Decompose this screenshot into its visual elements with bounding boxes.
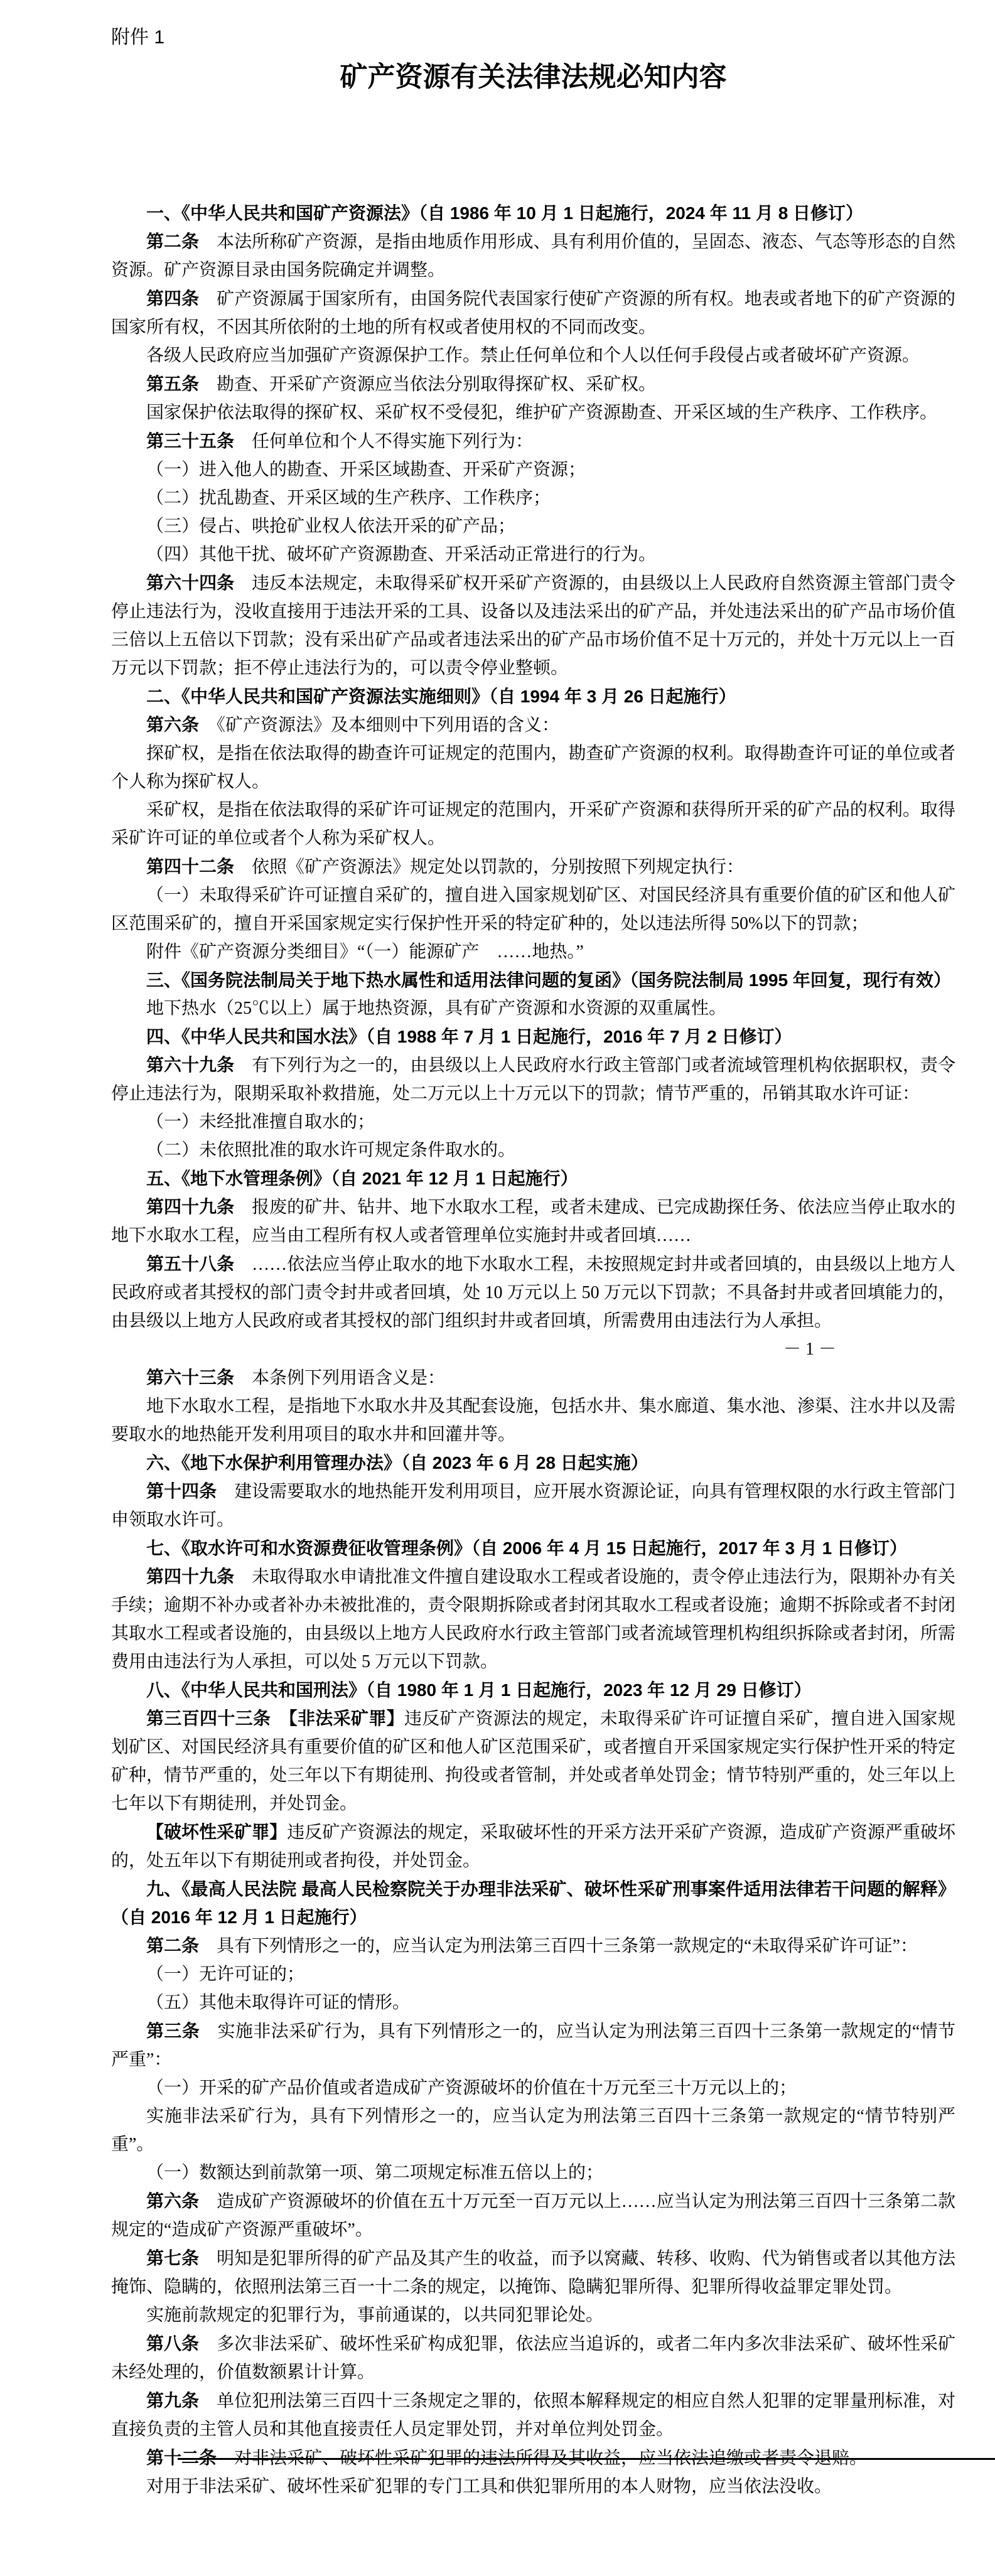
text-run: （一）开采的矿产品价值或者造成矿产资源破坏的价值在十万元至三十万元以上的； xyxy=(146,2078,797,2098)
article-number: 第九条 xyxy=(146,2391,199,2410)
text-run: 本条例下列用语含义是： xyxy=(234,1368,445,1388)
paragraph: （二）扰乱勘查、开采区域的生产秩序、工作秩序； xyxy=(111,484,955,512)
text-run: 地下热水（25℃以上）属于地热资源，具有矿产资源和水资源的双重属性。 xyxy=(146,999,726,1018)
paragraph: 实施非法采矿行为，具有下列情形之一的，应当认定为刑法第三百四十三条第一款规定的“… xyxy=(111,2102,955,2159)
article-number: 第二条 xyxy=(146,1936,199,1955)
paragraph: 各级人民政府应当加强矿产资源保护工作。禁止任何单位和个人以任何手段侵占或者破坏矿… xyxy=(111,341,955,370)
paragraph: 第三百四十三条 【非法采矿罪】违反矿产资源法的规定，未取得采矿许可证擅自采矿，擅… xyxy=(111,1704,955,1818)
paragraph: （一）数额达到前款第一项、第二项规定标准五倍以上的； xyxy=(111,2159,955,2187)
article-number: 第十四条 xyxy=(146,1481,217,1501)
text-run: 任何单位和个人不得实施下列行为： xyxy=(234,432,533,451)
paragraph: 第四十二条 依照《矿产资源法》规定处以罚款的，分别按照下列规定执行： xyxy=(111,852,955,881)
paragraph: 第四十九条 未取得取水申请批准文件擅自建设取水工程或者设施的，责令停止违法行为，… xyxy=(111,1562,955,1676)
attachment-label: 附件 1 xyxy=(111,23,955,53)
text-run: （一）未经批准擅自取水的； xyxy=(146,1112,375,1132)
article-number: 第六十三条 xyxy=(146,1368,234,1387)
paragraph: 国家保护依法取得的探矿权、采矿权不受侵犯，维护矿产资源勘查、开采区域的生产秩序、… xyxy=(111,399,955,427)
section-heading: 九、《最高人民法院 最高人民检察院关于办理非法采矿、破坏性采矿刑事案件适用法律若… xyxy=(111,1875,955,1931)
paragraph: （二）未依照批准的取水许可规定条件取水的。 xyxy=(111,1136,955,1164)
article-number: 第六条 xyxy=(146,2191,199,2211)
paragraph: 实施前款规定的犯罪行为，事前通谋的，以共同犯罪论处。 xyxy=(111,2301,955,2329)
section-heading: 一、《中华人民共和国矿产资源法》（自 1986 年 10 月 1 日起施行，20… xyxy=(111,199,955,227)
paragraph: 探矿权，是指在依法取得的勘查许可证规定的范围内，勘查矿产资源的权利。取得勘查许可… xyxy=(111,739,955,796)
text-run: 《矿产资源法》及本细则中下列用语的含义： xyxy=(199,716,559,735)
text-run: 单位犯刑法第三百四十三条规定之罪的，依照本解释规定的相应自然人犯罪的定罪量刑标准… xyxy=(111,2391,955,2439)
text-run: 实施非法采矿行为，具有下列情形之一的，应当认定为刑法第三百四十三条第一款规定的“… xyxy=(111,2022,955,2069)
text-run: 四、《中华人民共和国水法》（自 1988 年 7 月 1 日起施行，2016 年… xyxy=(146,1027,792,1046)
paragraph: 第七条 明知是犯罪所得的矿产品及其产生的收益，而予以窝藏、转移、收购、代为销售或… xyxy=(111,2244,955,2301)
text-run: 九、《最高人民法院 最高人民检察院关于办理非法采矿、破坏性采矿刑事案件适用法律若… xyxy=(111,1879,955,1927)
text-run: 五、《地下水管理条例》（自 2021 年 12 月 1 日起施行） xyxy=(146,1169,578,1188)
article-number: 第四条 xyxy=(146,289,199,308)
text-run: （一）未取得采矿许可证擅自采矿的，擅自进入国家规划矿区、对国民经济具有重要价值的… xyxy=(111,886,955,933)
paragraph: （一）无许可证的； xyxy=(111,1960,955,1988)
text-run: 实施前款规定的犯罪行为，事前通谋的，以共同犯罪论处。 xyxy=(146,2305,603,2325)
document-body: 一、《中华人民共和国矿产资源法》（自 1986 年 10 月 1 日起施行，20… xyxy=(111,199,955,2501)
text-run: 三、《国务院法制局关于地下热水属性和适用法律问题的复函》（国务院法制局 1995… xyxy=(146,970,951,990)
document-page: 附件 1 矿产资源有关法律法规必知内容 一、《中华人民共和国矿产资源法》（自 1… xyxy=(0,0,995,2576)
paragraph: 第六十四条 违反本法规定，未取得采矿权开采矿产资源的，由县级以上人民政府自然资源… xyxy=(111,569,955,682)
article-number: 第六十九条 xyxy=(146,1055,234,1075)
text-run: 本法所称矿产资源，是指由地质作用形成、具有利用价值的，呈固态、液态、气态等形态的… xyxy=(111,232,955,280)
text-run: 明知是犯罪所得的矿产品及其产生的收益，而予以窝藏、转移、收购、代为销售或者以其他… xyxy=(111,2249,955,2297)
text-run: 对用于非法采矿、破坏性采矿犯罪的专门工具和供犯罪所用的本人财物，应当依法没收。 xyxy=(146,2477,832,2496)
text-run: 实施非法采矿行为，具有下列情形之一的，应当认定为刑法第三百四十三条第一款规定的“… xyxy=(111,2106,955,2154)
page-number: － 1 － xyxy=(111,1335,955,1363)
paragraph: 第九条 单位犯刑法第三百四十三条规定之罪的，依照本解释规定的相应自然人犯罪的定罪… xyxy=(111,2386,955,2444)
text-run: 违反本法规定，未取得采矿权开采矿产资源的，由县级以上人民政府自然资源主管部门责令… xyxy=(111,574,955,678)
paragraph: 第二条 具有下列情形之一的，应当认定为刑法第三百四十三条第一款规定的“未取得采矿… xyxy=(111,1931,955,1960)
paragraph: （一）未经批准擅自取水的； xyxy=(111,1108,955,1136)
text-run: 附件《矿产资源分类细目》“（一）能源矿产 ……地热。” xyxy=(146,942,584,962)
text-run: （五）其他未取得许可证的情形。 xyxy=(146,1993,410,2012)
paragraph: 采矿权，是指在依法取得的采矿许可证规定的范围内，开采矿产资源和获得所开采的矿产品… xyxy=(111,796,955,852)
article-number: 第二条 xyxy=(146,232,199,251)
text-run: 依照《矿产资源法》规定处以罚款的，分别按照下列规定执行： xyxy=(234,857,744,877)
text-run: 七、《取水许可和水资源费征收管理条例》（自 2006 年 4 月 15 日起施行… xyxy=(146,1538,907,1558)
paragraph: 第三十五条 任何单位和个人不得实施下列行为： xyxy=(111,427,955,456)
paragraph: 第二条 本法所称矿产资源，是指由地质作用形成、具有利用价值的，呈固态、液态、气态… xyxy=(111,227,955,284)
text-run: 国家保护依法取得的探矿权、采矿权不受侵犯，维护矿产资源勘查、开采区域的生产秩序、… xyxy=(146,403,937,422)
text-run: （一）进入他人的勘查、开采区域勘查、开采矿产资源； xyxy=(146,460,586,480)
article-number: 第五条 xyxy=(146,374,199,394)
text-run: 勘查、开采矿产资源应当依法分别取得探矿权、采矿权。 xyxy=(199,375,656,394)
text-run: （二）未依照批准的取水许可规定条件取水的。 xyxy=(146,1140,515,1160)
text-run: 探矿权，是指在依法取得的勘查许可证规定的范围内，勘查矿产资源的权利。取得勘查许可… xyxy=(111,744,955,792)
article-number: 第六条 xyxy=(146,715,199,734)
text-run: 一、《中华人民共和国矿产资源法》（自 1986 年 10 月 1 日起施行，20… xyxy=(146,203,863,223)
paragraph: 第六条 造成矿产资源破坏的价值在五十万元至一百万元以上……应当认定为刑法第三百四… xyxy=(111,2187,955,2244)
paragraph: 第十四条 建设需要取水的地热能开发利用项目，应开展水资源论证，向具有管理权限的水… xyxy=(111,1477,955,1534)
paragraph: 第六十九条 有下列行为之一的，由县级以上人民政府水行政主管部门或者流域管理机构依… xyxy=(111,1051,955,1108)
section-heading: 六、《地下水保护利用管理办法》（自 2023 年 6 月 28 日起实施） xyxy=(111,1449,955,1477)
article-number: 第三百四十三条 【非法采矿罪】 xyxy=(146,1709,404,1728)
paragraph: （三）侵占、哄抢矿业权人依法开采的矿产品； xyxy=(111,512,955,540)
section-heading: 五、《地下水管理条例》（自 2021 年 12 月 1 日起施行） xyxy=(111,1164,955,1193)
section-heading: 二、《中华人民共和国矿产资源法实施细则》（自 1994 年 3 月 26 日起施… xyxy=(111,682,955,711)
text-run: ……依法应当停止取水的地下水取水工程，未按照规定封井或者回填的，由县级以上地方人… xyxy=(111,1255,955,1331)
text-run: 有下列行为之一的，由县级以上人民政府水行政主管部门或者流域管理机构依据职权，责令… xyxy=(111,1056,955,1103)
paragraph: 【破坏性采矿罪】违反矿产资源法的规定，采取破坏性的开采方法开采矿产资源，造成矿产… xyxy=(111,1818,955,1875)
text-run: 各级人民政府应当加强矿产资源保护工作。禁止任何单位和个人以任何手段侵占或者破坏矿… xyxy=(146,346,920,365)
paragraph: 第三条 实施非法采矿行为，具有下列情形之一的，应当认定为刑法第三百四十三条第一款… xyxy=(111,2017,955,2074)
section-heading: 四、《中华人民共和国水法》（自 1988 年 7 月 1 日起施行，2016 年… xyxy=(111,1022,955,1051)
article-number: 第三十五条 xyxy=(146,431,234,451)
text-run: （一）无许可证的； xyxy=(146,1965,304,1984)
text-run: 报废的矿井、钻井、地下水取水工程，或者未建成、已完成勘探任务、依法应当停止取水的… xyxy=(111,1198,955,1245)
text-run: 矿产资源属于国家所有，由国务院代表国家行使矿产资源的所有权。地表或者地下的矿产资… xyxy=(111,289,955,337)
section-heading: 七、《取水许可和水资源费征收管理条例》（自 2006 年 4 月 15 日起施行… xyxy=(111,1534,955,1562)
article-number: 第四十九条 xyxy=(146,1197,234,1216)
text-run: 八、《中华人民共和国刑法》（自 1980 年 1 月 1 日起施行，2023 年… xyxy=(146,1680,812,1700)
text-run: 造成矿产资源破坏的价值在五十万元至一百万元以上……应当认定为刑法第三百四十三条第… xyxy=(111,2192,955,2240)
text-run: 具有下列情形之一的，应当认定为刑法第三百四十三条第一款规定的“未取得采矿许可证”… xyxy=(199,1936,918,1956)
paragraph: 第五条 勘查、开采矿产资源应当依法分别取得探矿权、采矿权。 xyxy=(111,370,955,399)
text-run: （四）其他干扰、破坏矿产资源勘查、开采活动正常进行的行为。 xyxy=(146,545,656,564)
paragraph: （五）其他未取得许可证的情形。 xyxy=(111,1988,955,2017)
article-number: 第八条 xyxy=(146,2334,199,2353)
section-heading: 三、《国务院法制局关于地下热水属性和适用法律问题的复函》（国务院法制局 1995… xyxy=(111,966,955,994)
text-run: 未取得取水申请批准文件擅自建设取水工程或者设施的，责令停止违法行为，限期补办有关… xyxy=(111,1567,955,1672)
text-run: （一）数额达到前款第一项、第二项规定标准五倍以上的； xyxy=(146,2163,603,2182)
paragraph: 第六条 《矿产资源法》及本细则中下列用语的含义： xyxy=(111,711,955,739)
paragraph: 地下水取水工程，是指地下水取水井及其配套设施，包括水井、集水廊道、集水池、渗渠、… xyxy=(111,1392,955,1449)
paragraph: （一）未取得采矿许可证擅自采矿的，擅自进入国家规划矿区、对国民经济具有重要价值的… xyxy=(111,881,955,938)
page-title: 矿产资源有关法律法规必知内容 xyxy=(111,59,955,95)
paragraph: （一）进入他人的勘查、开采区域勘查、开采矿产资源； xyxy=(111,456,955,484)
text-run: （三）侵占、哄抢矿业权人依法开采的矿产品； xyxy=(146,517,515,536)
footer-rule xyxy=(178,2458,995,2460)
paragraph: 第四条 矿产资源属于国家所有，由国务院代表国家行使矿产资源的所有权。地表或者地下… xyxy=(111,284,955,341)
article-number: 第三条 xyxy=(146,2021,200,2041)
text-run: 多次非法采矿、破坏性采矿构成犯罪，依法应当追诉的，或者二年内多次非法采矿、破坏性… xyxy=(111,2334,955,2382)
paragraph: 第六十三条 本条例下列用语含义是： xyxy=(111,1363,955,1392)
paragraph: （四）其他干扰、破坏矿产资源勘查、开采活动正常进行的行为。 xyxy=(111,540,955,569)
text-run: 二、《中华人民共和国矿产资源法实施细则》（自 1994 年 3 月 26 日起施… xyxy=(146,687,736,706)
paragraph: 第五十八条 ……依法应当停止取水的地下水取水工程，未按照规定封井或者回填的，由县… xyxy=(111,1250,955,1335)
paragraph: （一）开采的矿产品价值或者造成矿产资源破坏的价值在十万元至三十万元以上的； xyxy=(111,2074,955,2102)
paragraph: 第四十九条 报废的矿井、钻井、地下水取水工程，或者未建成、已完成勘探任务、依法应… xyxy=(111,1193,955,1250)
article-number: 第四十二条 xyxy=(146,857,234,876)
article-number: 第四十九条 xyxy=(146,1567,234,1586)
paragraph: 地下热水（25℃以上）属于地热资源，具有矿产资源和水资源的双重属性。 xyxy=(111,994,955,1022)
article-number: 第六十四条 xyxy=(146,573,234,593)
article-number: 第七条 xyxy=(146,2248,199,2268)
article-number: 【破坏性采矿罪】 xyxy=(146,1822,287,1842)
text-run: 六、《地下水保护利用管理办法》（自 2023 年 6 月 28 日起实施） xyxy=(146,1453,648,1473)
text-run: 地下水取水工程，是指地下水取水井及其配套设施，包括水井、集水廊道、集水池、渗渠、… xyxy=(111,1397,955,1444)
text-run: 采矿权，是指在依法取得的采矿许可证规定的范围内，开采矿产资源和获得所开采的矿产品… xyxy=(111,800,955,848)
text-run: － 1 － xyxy=(783,1339,836,1359)
article-number: 第五十八条 xyxy=(146,1254,234,1274)
text-run: 建设需要取水的地热能开发利用项目，应开展水资源论证，向具有管理权限的水行政主管部… xyxy=(111,1482,955,1530)
paragraph: 附件《矿产资源分类细目》“（一）能源矿产 ……地热。” xyxy=(111,938,955,966)
section-heading: 八、《中华人民共和国刑法》（自 1980 年 1 月 1 日起施行，2023 年… xyxy=(111,1676,955,1704)
paragraph: 对用于非法采矿、破坏性采矿犯罪的专门工具和供犯罪所用的本人财物，应当依法没收。 xyxy=(111,2472,955,2501)
text-run: （二）扰乱勘查、开采区域的生产秩序、工作秩序； xyxy=(146,488,551,508)
paragraph: 第八条 多次非法采矿、破坏性采矿构成犯罪，依法应当追诉的，或者二年内多次非法采矿… xyxy=(111,2329,955,2386)
